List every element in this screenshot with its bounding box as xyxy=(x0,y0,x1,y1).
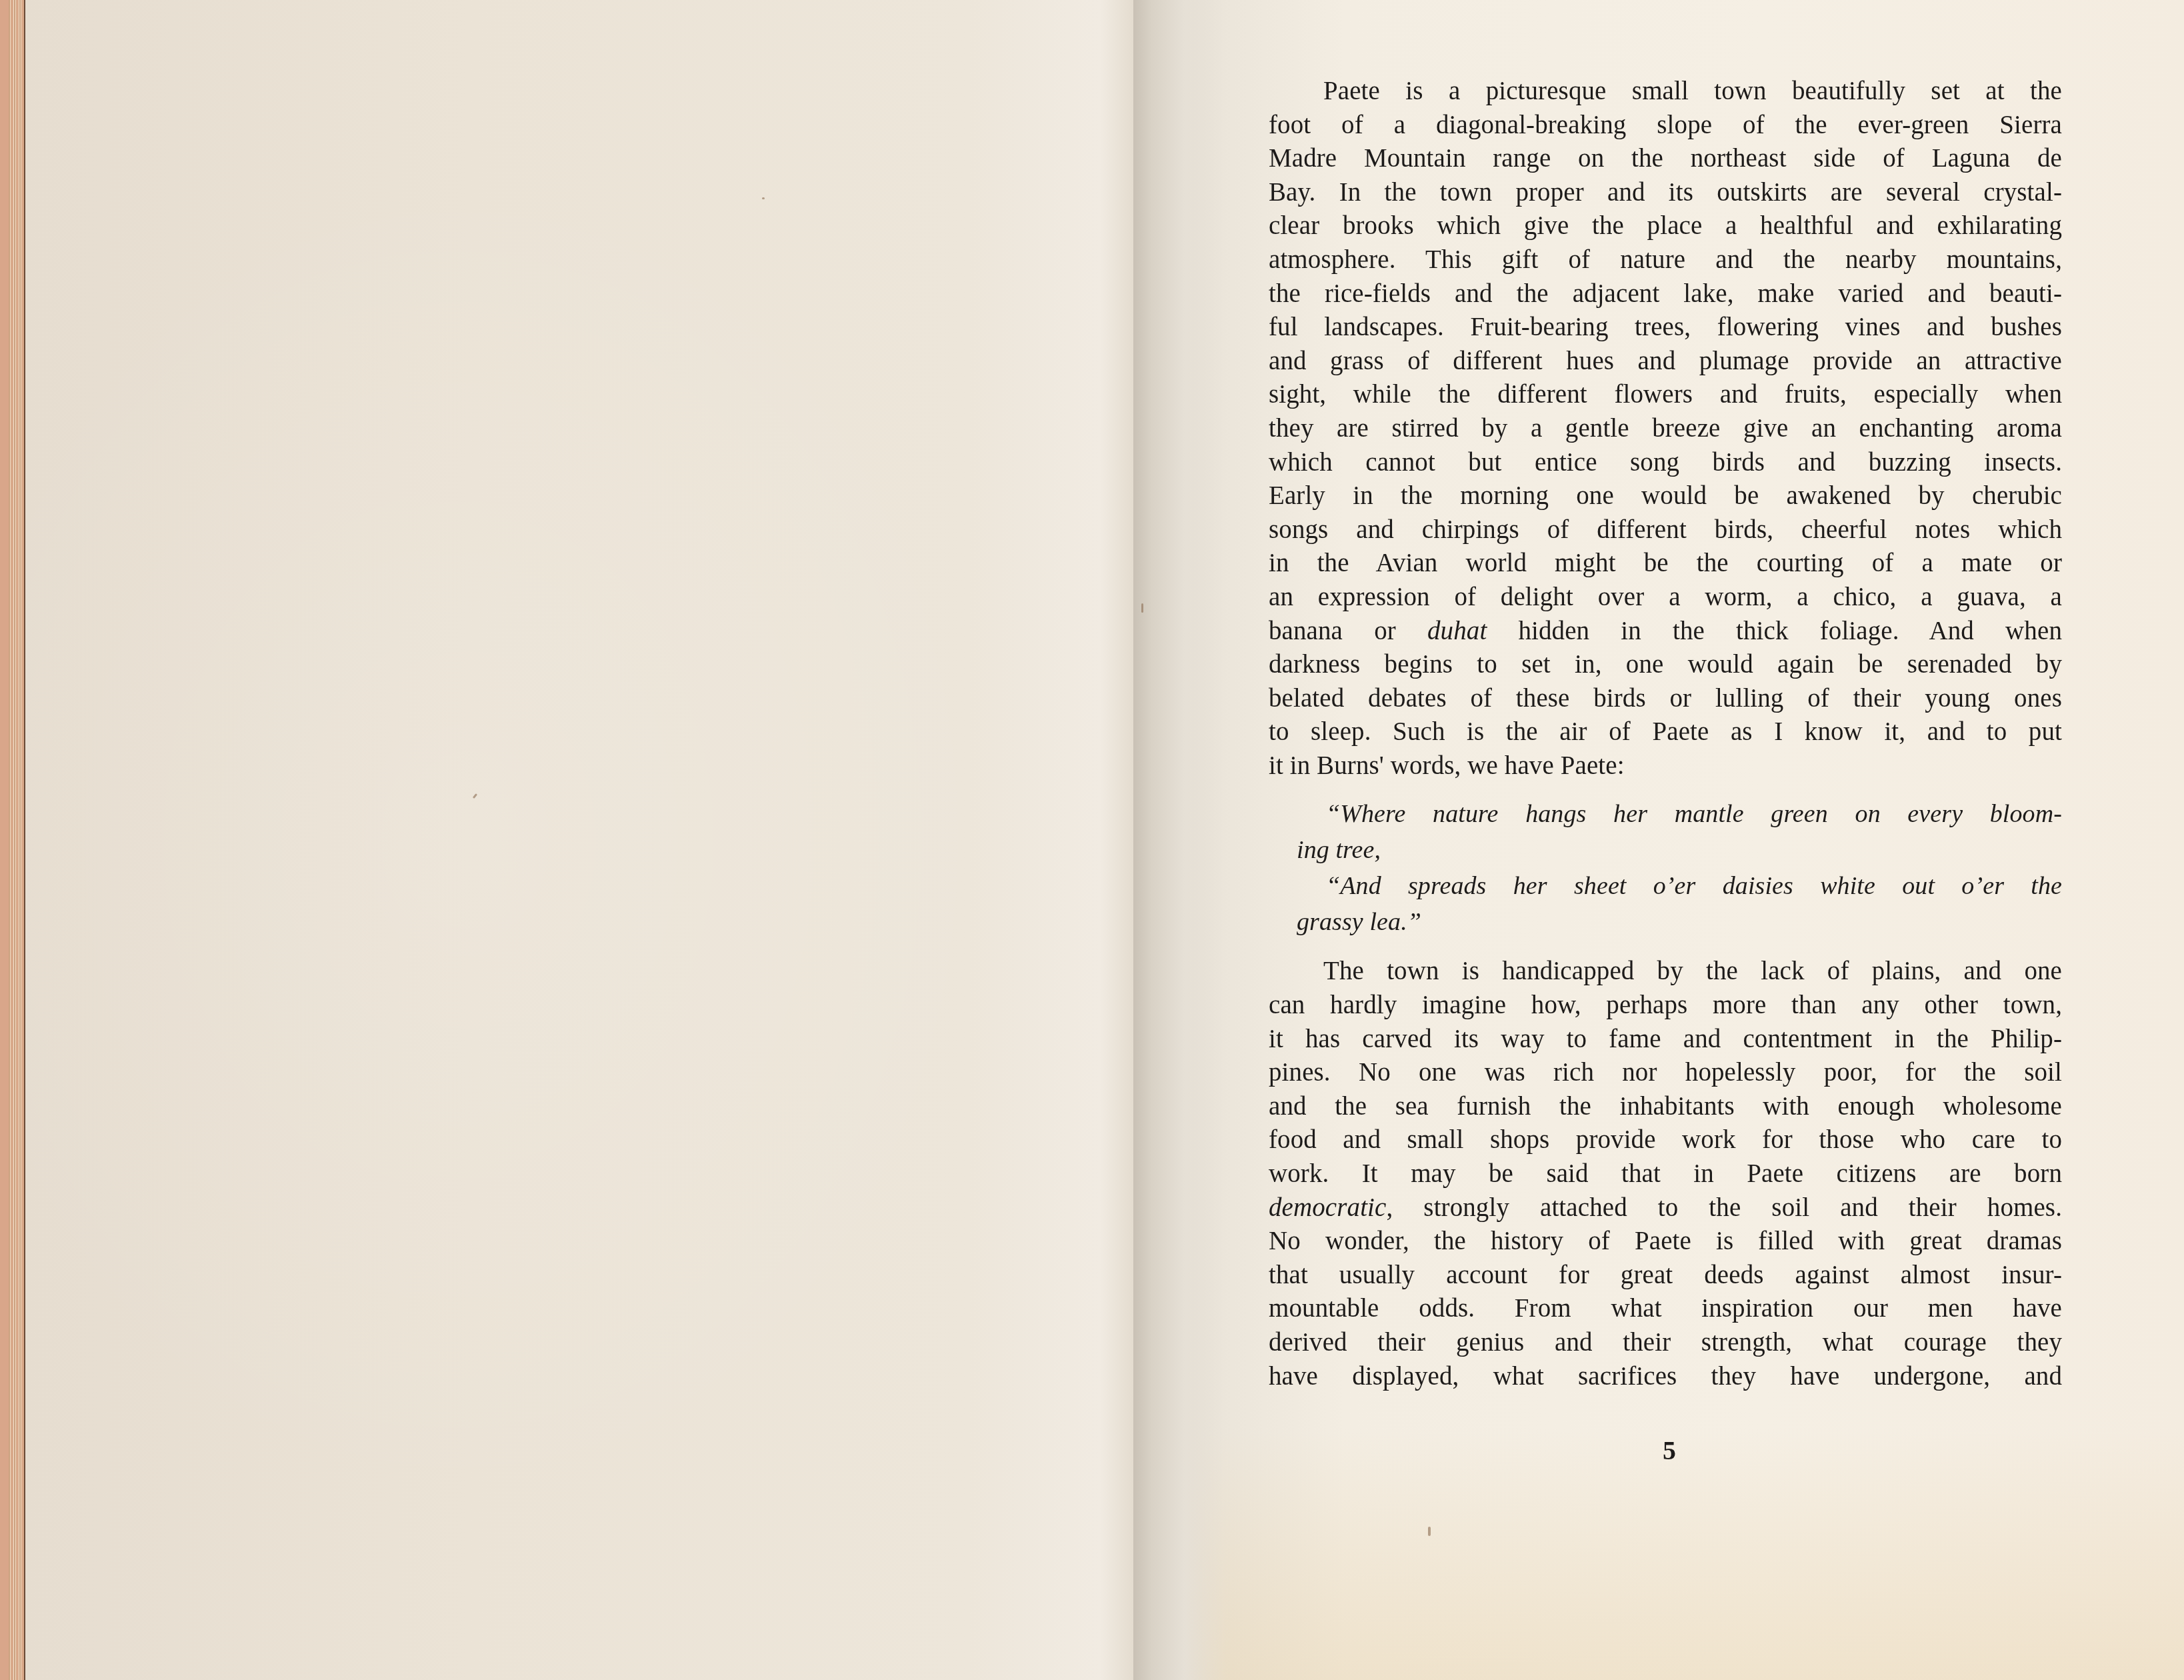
text-line: mountable odds. From what inspiration ou… xyxy=(1269,1292,2062,1326)
text-run: , strongly attached to the soil and thei… xyxy=(1386,1193,2062,1222)
text-line: darkness begins to set in, one would aga… xyxy=(1269,648,2062,682)
text-line: to sleep. Such is the air of Paete as I … xyxy=(1269,715,2062,749)
text-line: it has carved its way to fame and conten… xyxy=(1269,1023,2062,1057)
text-line: an expression of delight over a worm, a … xyxy=(1269,581,2062,615)
text-line: they are stirred by a gentle breeze give… xyxy=(1269,412,2062,446)
paper-speck xyxy=(762,197,765,199)
text-run: hidden in the thick foliage. And when xyxy=(1487,617,2062,645)
paper-speck xyxy=(1428,1527,1431,1536)
right-page-text: Paete is a picturesque small town beauti… xyxy=(1269,75,2062,1393)
text-line: No wonder, the history of Paete is fille… xyxy=(1269,1225,2062,1259)
paragraph-1: Paete is a picturesque small town beauti… xyxy=(1269,75,2062,783)
text-line: belated debates of these birds or lullin… xyxy=(1269,682,2062,716)
text-line: food and small shops provide work for th… xyxy=(1269,1123,2062,1157)
left-page-blank xyxy=(25,0,1133,1680)
text-line: sight, while the different flowers and f… xyxy=(1269,378,2062,412)
text-line-with-italic: democratic, strongly attached to the soi… xyxy=(1269,1191,2062,1225)
text-line: Bay. In the town proper and its outskirt… xyxy=(1269,176,2062,210)
text-line: pines. No one was rich nor hopelessly po… xyxy=(1269,1056,2062,1090)
text-line: it in Burns' words, we have Paete: xyxy=(1269,749,2062,783)
text-line: which cannot but entice song birds and b… xyxy=(1269,446,2062,480)
text-line: work. It may be said that in Paete citiz… xyxy=(1269,1157,2062,1191)
book-spread: Paete is a picturesque small town beauti… xyxy=(0,0,2184,1680)
text-line: foot of a diagonal-breaking slope of the… xyxy=(1269,109,2062,143)
text-line: derived their genius and their strength,… xyxy=(1269,1326,2062,1360)
text-line: the rice-fields and the adjacent lake, m… xyxy=(1269,277,2062,311)
paper-speck xyxy=(1141,603,1143,613)
text-line: that usually account for great deeds aga… xyxy=(1269,1259,2062,1293)
text-line: and grass of different hues and plumage … xyxy=(1269,345,2062,379)
page-edge-stack xyxy=(0,0,25,1680)
text-line: atmosphere. This gift of nature and the … xyxy=(1269,243,2062,277)
text-line: and the sea furnish the inhabitants with… xyxy=(1269,1090,2062,1124)
burns-quote: “Where nature hangs her mantle green on … xyxy=(1269,796,2062,940)
quote-line: ing tree, xyxy=(1297,832,2062,868)
italic-word-duhat: duhat xyxy=(1427,617,1487,645)
italic-word-democratic: democratic xyxy=(1269,1193,1386,1222)
text-line: have displayed, what sacrifices they hav… xyxy=(1269,1360,2062,1394)
text-line: Madre Mountain range on the northeast si… xyxy=(1269,142,2062,176)
gutter-shadow xyxy=(1133,0,1227,1680)
text-line: Paete is a picturesque small town beauti… xyxy=(1269,75,2062,109)
text-line: Early in the morning one would be awaken… xyxy=(1269,479,2062,513)
text-line-with-italic: banana or duhat hidden in the thick foli… xyxy=(1269,615,2062,649)
paragraph-2: The town is handicapped by the lack of p… xyxy=(1269,955,2062,1393)
text-line: can hardly imagine how, perhaps more tha… xyxy=(1269,989,2062,1023)
text-line: songs and chirpings of different birds, … xyxy=(1269,513,2062,547)
text-run: banana or xyxy=(1269,617,1427,645)
quote-line: “And spreads her sheet o’er daisies whit… xyxy=(1297,868,2062,904)
text-line: in the Avian world might be the courting… xyxy=(1269,547,2062,581)
text-line: The town is handicapped by the lack of p… xyxy=(1269,955,2062,989)
text-line: ful landscapes. Fruit-bearing trees, flo… xyxy=(1269,311,2062,345)
quote-line: grassy lea.” xyxy=(1297,904,2062,940)
text-line: clear brooks which give the place a heal… xyxy=(1269,209,2062,243)
quote-line: “Where nature hangs her mantle green on … xyxy=(1297,796,2062,832)
page-number: 5 xyxy=(1663,1435,1676,1466)
